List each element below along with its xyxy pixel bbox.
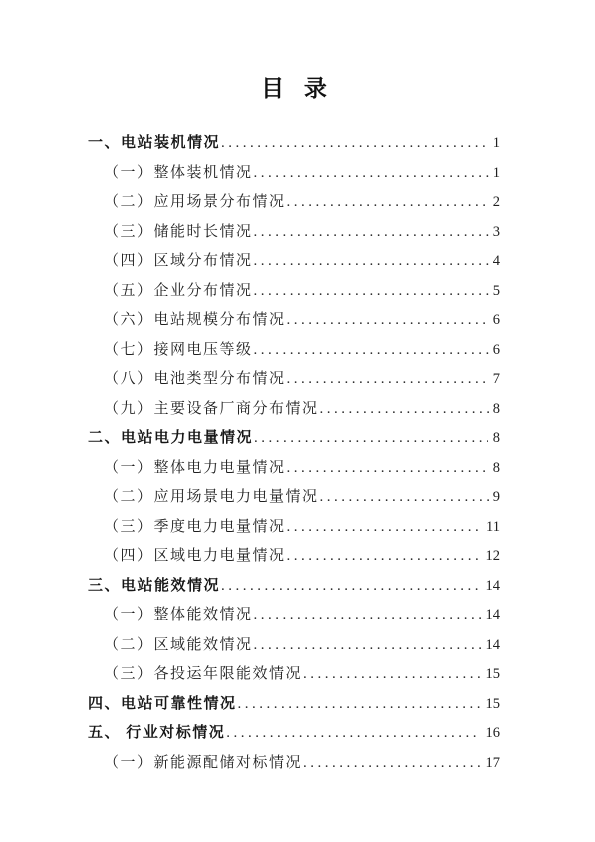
toc-page-number: 8 (493, 460, 500, 477)
toc-entry: （二）应用场景电力电量情况 9 (88, 485, 500, 515)
toc-entry: （一）整体装机情况 1 (88, 161, 500, 191)
toc-entry-label: （六）电站规模分布情况 (104, 308, 286, 329)
dot-leader (287, 519, 484, 536)
toc-entry-label: （四）区域电力电量情况 (104, 544, 286, 565)
toc-entry: （四）区域电力电量情况 12 (88, 544, 500, 574)
toc-entry-label: （三）季度电力电量情况 (104, 515, 286, 536)
toc-page-number: 7 (493, 371, 500, 388)
toc-entry-label: （二）应用场景分布情况 (104, 190, 286, 211)
toc-page-number: 4 (493, 253, 500, 270)
toc-entry-label: （四）区域分布情况 (104, 249, 253, 270)
toc-entry-label: （一）新能源配储对标情况 (104, 751, 302, 772)
dot-leader (287, 312, 490, 329)
toc-entry-label: （七）接网电压等级 (104, 338, 253, 359)
toc-list: 一、电站装机情况 1 （一）整体装机情况 1 （二）应用场景分布情况 2 （三）… (88, 131, 500, 780)
toc-page-number: 11 (486, 519, 500, 536)
toc-entry-label: （五）企业分布情况 (104, 279, 253, 300)
dot-leader (226, 725, 480, 742)
dot-leader (320, 489, 490, 506)
dot-leader (287, 548, 483, 565)
toc-entry: 五、 行业对标情况 16 (88, 721, 500, 751)
dot-leader (254, 253, 490, 270)
dot-leader (254, 342, 490, 359)
dot-leader (287, 460, 490, 477)
dot-leader (320, 401, 490, 418)
toc-entry: （一）整体能效情况 14 (88, 603, 500, 633)
toc-entry: 三、电站能效情况 14 (88, 574, 500, 604)
dot-leader (254, 165, 490, 182)
toc-entry: 一、电站装机情况 1 (88, 131, 500, 161)
toc-page-number: 6 (493, 312, 500, 329)
dot-leader (221, 578, 480, 595)
toc-page-number: 2 (493, 194, 500, 211)
toc-entry: （九）主要设备厂商分布情况 8 (88, 397, 500, 427)
dot-leader (254, 637, 483, 654)
toc-page-number: 6 (493, 342, 500, 359)
dot-leader (254, 283, 490, 300)
toc-entry-label: （一）整体能效情况 (104, 603, 253, 624)
toc-page-number: 15 (486, 666, 501, 683)
toc-entry-label: 一、电站装机情况 (88, 131, 220, 152)
toc-page-number: 8 (493, 401, 500, 418)
toc-entry-label: 二、电站电力电量情况 (88, 426, 253, 447)
toc-entry: （二）应用场景分布情况 2 (88, 190, 500, 220)
document-page: 目 录 一、电站装机情况 1 （一）整体装机情况 1 （二）应用场景分布情况 2… (0, 0, 595, 842)
toc-page-number: 1 (493, 135, 500, 152)
toc-entry: （二）区域能效情况 14 (88, 633, 500, 663)
toc-entry-label: （九）主要设备厂商分布情况 (104, 397, 319, 418)
page-title: 目 录 (88, 72, 500, 106)
toc-entry: （六）电站规模分布情况 6 (88, 308, 500, 338)
dot-leader (238, 696, 481, 713)
toc-page-number: 14 (486, 578, 501, 595)
toc-entry-label: 四、电站可靠性情况 (88, 692, 237, 713)
dot-leader (254, 607, 483, 624)
toc-entry: （四）区域分布情况 4 (88, 249, 500, 279)
dot-leader (303, 755, 482, 772)
toc-page-number: 14 (486, 607, 501, 624)
toc-page-number: 8 (493, 430, 500, 447)
toc-entry: 四、电站可靠性情况 15 (88, 692, 500, 722)
toc-entry-label: （一）整体装机情况 (104, 161, 253, 182)
toc-entry-label: （三）储能时长情况 (104, 220, 253, 241)
toc-entry-label: （一）整体电力电量情况 (104, 456, 286, 477)
dot-leader (287, 371, 490, 388)
toc-page-number: 14 (486, 637, 501, 654)
toc-entry: （三）各投运年限能效情况 15 (88, 662, 500, 692)
dot-leader (221, 135, 488, 152)
toc-page-number: 9 (493, 489, 500, 506)
toc-entry: （八）电池类型分布情况 7 (88, 367, 500, 397)
toc-entry-label: （八）电池类型分布情况 (104, 367, 286, 388)
toc-entry: （三）储能时长情况 3 (88, 220, 500, 250)
toc-page-number: 15 (486, 696, 501, 713)
toc-entry-label: 五、 行业对标情况 (88, 721, 225, 742)
toc-entry-label: （三）各投运年限能效情况 (104, 662, 302, 683)
toc-page-number: 1 (493, 165, 500, 182)
toc-entry: （五）企业分布情况 5 (88, 279, 500, 309)
dot-leader (254, 224, 490, 241)
toc-page-number: 12 (486, 548, 501, 565)
toc-entry: （七）接网电压等级 6 (88, 338, 500, 368)
dot-leader (303, 666, 482, 683)
toc-entry: （一）新能源配储对标情况 17 (88, 751, 500, 781)
toc-entry-label: （二）区域能效情况 (104, 633, 253, 654)
dot-leader (287, 194, 490, 211)
toc-page-number: 16 (486, 725, 501, 742)
toc-entry-label: （二）应用场景电力电量情况 (104, 485, 319, 506)
toc-entry: （一）整体电力电量情况 8 (88, 456, 500, 486)
toc-entry-label: 三、电站能效情况 (88, 574, 220, 595)
dot-leader (254, 430, 488, 447)
toc-page-number: 17 (486, 755, 501, 772)
toc-page-number: 3 (493, 224, 500, 241)
toc-entry: （三）季度电力电量情况 11 (88, 515, 500, 545)
toc-page-number: 5 (493, 283, 500, 300)
toc-entry: 二、电站电力电量情况 8 (88, 426, 500, 456)
